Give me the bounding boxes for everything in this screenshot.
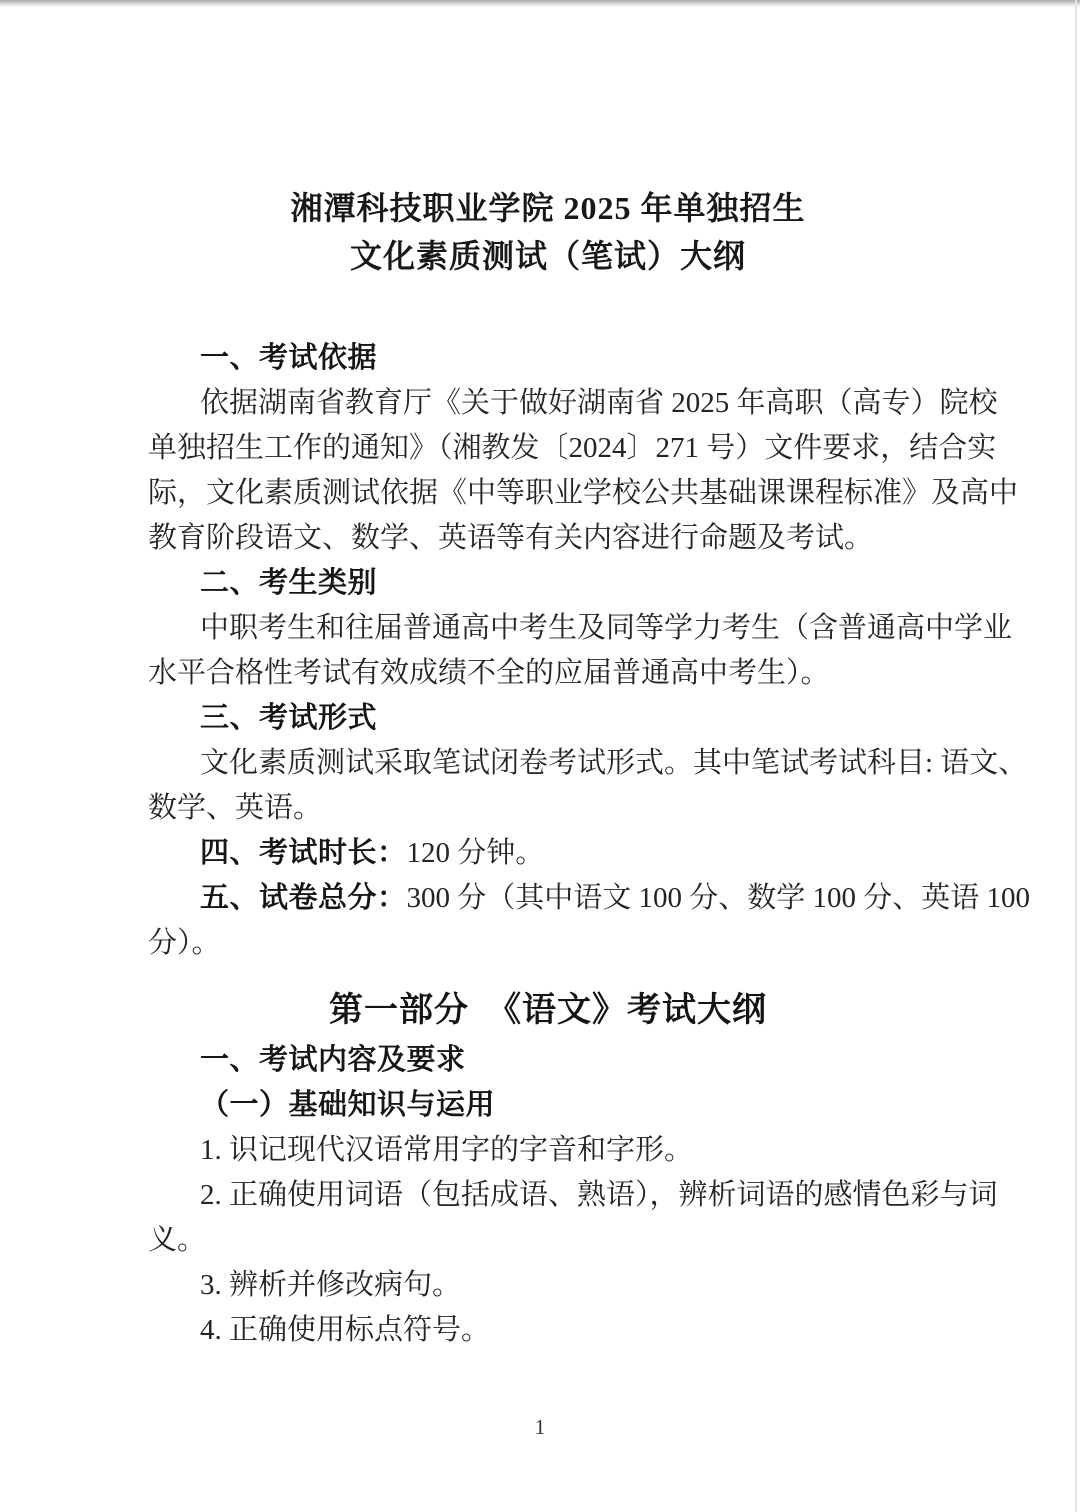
page-number: 1 — [0, 1415, 1080, 1439]
section-4-value: 120 分钟。 — [407, 837, 545, 869]
document-page: 湘潭科技职业学院 2025 年单独招生 文化素质测试（笔试）大纲 一、考试依据 … — [0, 0, 1080, 1512]
section-5-line: 五、试卷总分：300 分（其中语文 100 分、数学 100 分、英语 100 — [148, 876, 948, 921]
scan-edge-right — [1075, 0, 1077, 1512]
paragraph-line: 教育阶段语文、数学、英语等有关内容进行命题及考试。 — [148, 516, 948, 561]
document-content: 湘潭科技职业学院 2025 年单独招生 文化素质测试（笔试）大纲 一、考试依据 … — [148, 0, 948, 1353]
paragraph-line: 分）。 — [148, 921, 948, 966]
section-1-heading: 一、考试依据 — [148, 336, 948, 381]
doc-title-line-1: 湘潭科技职业学院 2025 年单独招生 — [148, 184, 948, 232]
list-item: 3. 辨析并修改病句。 — [148, 1263, 948, 1308]
part-1-heading-1: 一、考试内容及要求 — [148, 1038, 948, 1083]
part-1-title: 第一部分 《语文》考试大纲 — [148, 982, 948, 1038]
list-item: 4. 正确使用标点符号。 — [148, 1308, 948, 1353]
paragraph-line: 数学、英语。 — [148, 786, 948, 831]
section-5-value: 300 分（其中语文 100 分、数学 100 分、英语 100 — [407, 882, 1031, 914]
paragraph-line: 水平合格性考试有效成绩不全的应届普通高中考生）。 — [148, 651, 948, 696]
section-2-heading: 二、考生类别 — [148, 561, 948, 606]
doc-title-line-2: 文化素质测试（笔试）大纲 — [148, 232, 948, 280]
section-4-label: 四、考试时长： — [200, 837, 407, 869]
paragraph-line: 单独招生工作的通知》（湘教发〔2024〕271 号）文件要求，结合实 — [148, 426, 948, 471]
list-item: 1. 识记现代汉语常用字的字音和字形。 — [148, 1128, 948, 1173]
section-3-heading: 三、考试形式 — [148, 696, 948, 741]
part-1-heading-2: （一）基础知识与运用 — [148, 1083, 948, 1128]
paragraph-line: 际，文化素质测试依据《中等职业学校公共基础课课程标准》及高中 — [148, 471, 948, 516]
list-item-wrap: 义。 — [148, 1218, 948, 1263]
paragraph-line: 中职考生和往届普通高中考生及同等学力考生（含普通高中学业 — [148, 606, 948, 651]
section-5-label: 五、试卷总分： — [200, 882, 407, 914]
list-item: 2. 正确使用词语（包括成语、熟语），辨析词语的感情色彩与词 — [148, 1173, 948, 1218]
paragraph-line: 依据湖南省教育厅《关于做好湖南省 2025 年高职（高专）院校 — [148, 381, 948, 426]
paragraph-line: 文化素质测试采取笔试闭卷考试形式。其中笔试考试科目: 语文、 — [148, 741, 948, 786]
section-4-line: 四、考试时长：120 分钟。 — [148, 831, 948, 876]
